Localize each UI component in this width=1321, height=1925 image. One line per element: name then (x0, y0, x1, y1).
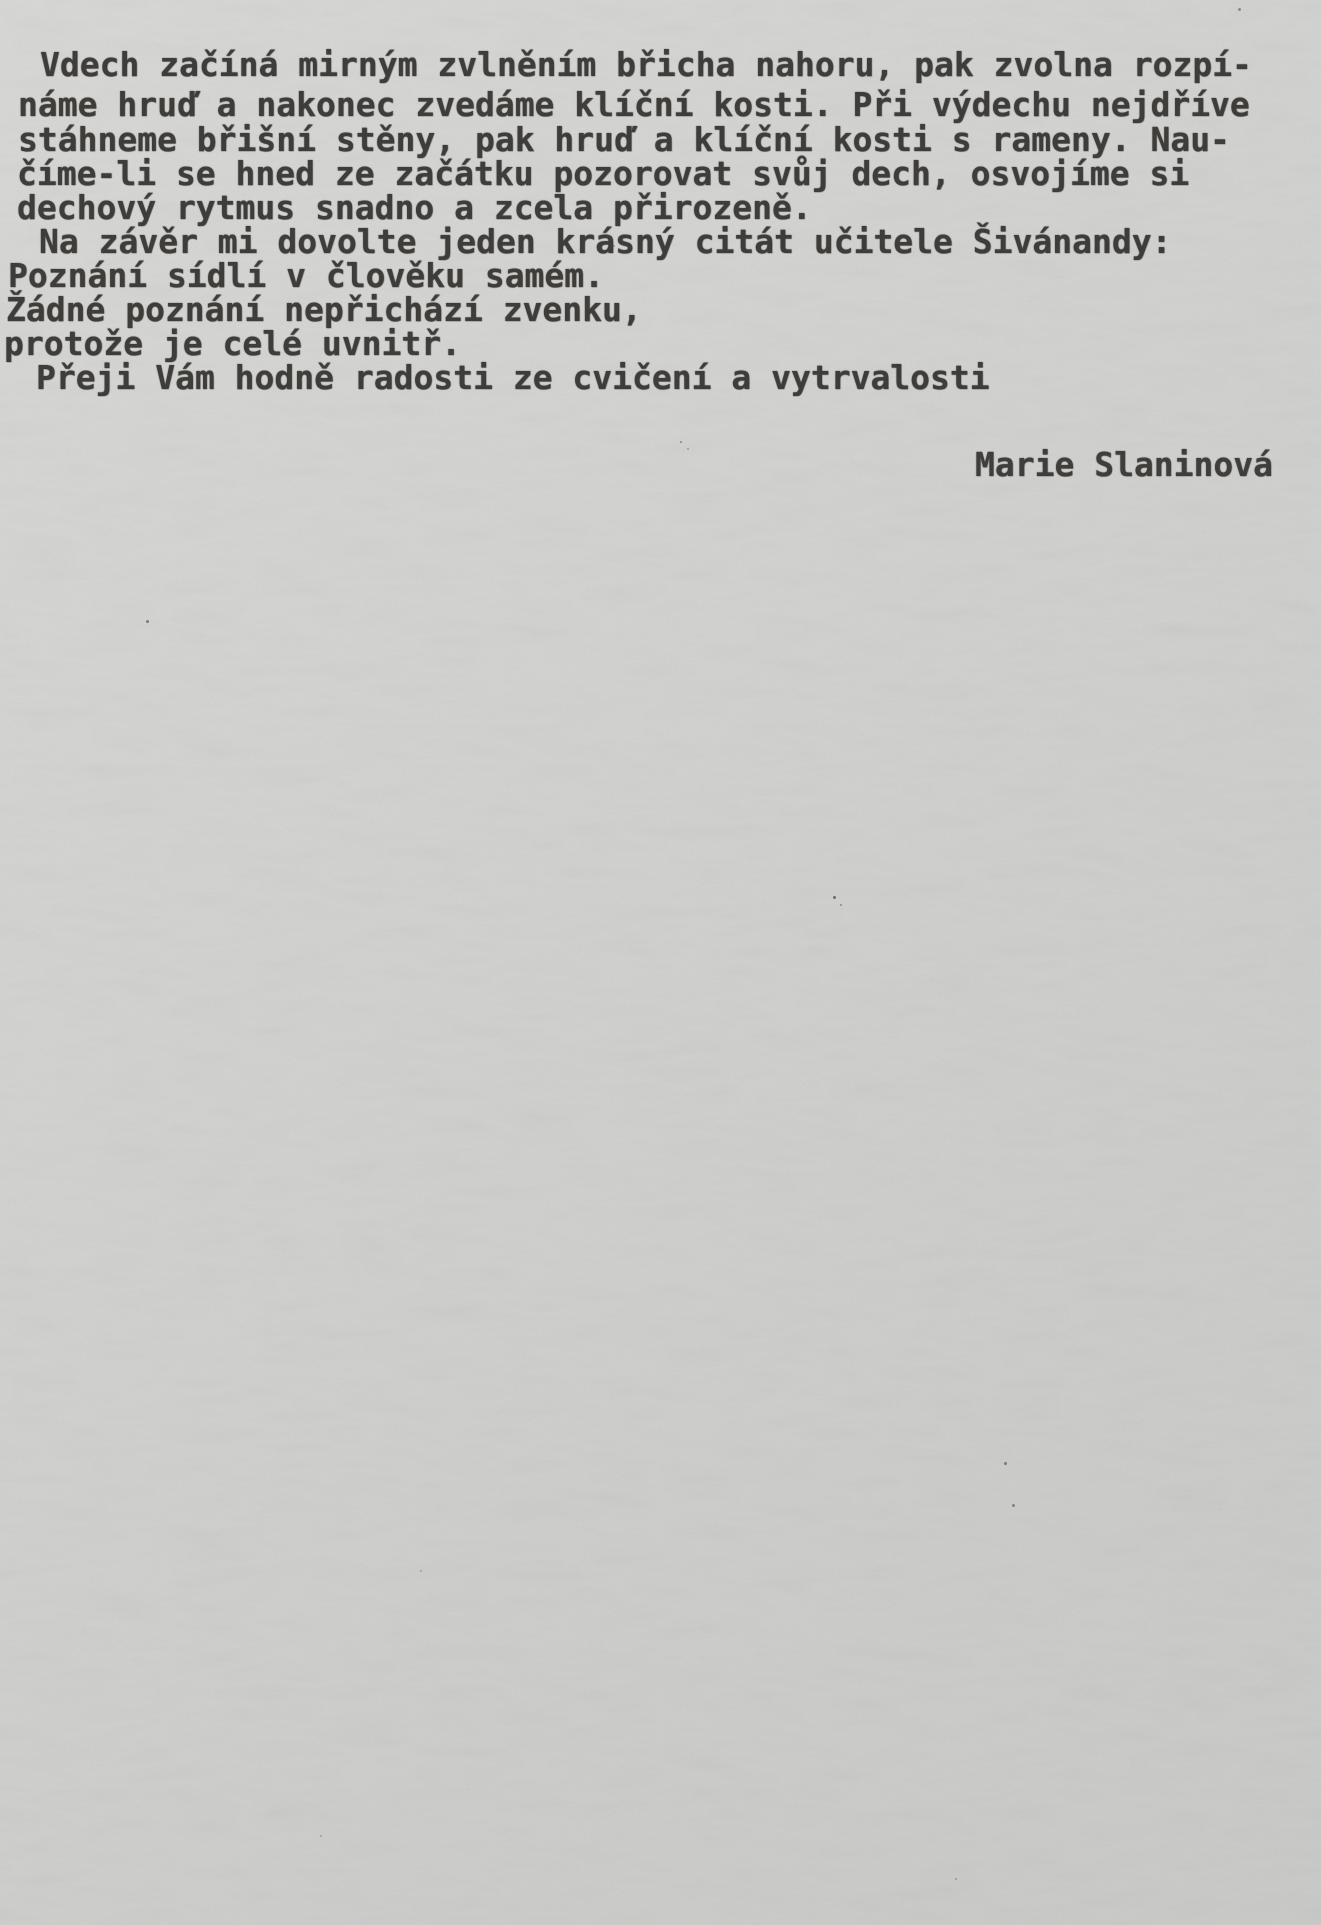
typewritten-line-8: Žádné poznání nepřichází zvenku, (6, 293, 642, 326)
typewritten-line-3: stáhneme břišní stěny, pak hruď a klíční… (18, 123, 1230, 156)
typewritten-line-5: dechový rytmus snadno a zcela přirozeně. (17, 191, 812, 224)
typewritten-line-7: Poznání sídlí v člověku samém. (8, 259, 604, 292)
signature-line: Marie Slaninová (975, 448, 1273, 481)
typewritten-line-4: číme-li se hned ze začátku pozorovat svů… (17, 157, 1189, 190)
typewritten-line-6: Na závěr mi dovolte jeden krásný citát u… (39, 225, 1171, 258)
typewritten-line-9: protože je celé uvnitř. (4, 327, 461, 360)
typewritten-text-block: Vdech začíná mirným zvlněním břicha naho… (0, 0, 1321, 1925)
typewritten-line-2: náme hruď a nakonec zvedáme klíční kosti… (18, 88, 1250, 121)
typewritten-line-10: Přeji Vám hodně radosti ze cvičení a vyt… (36, 361, 990, 394)
typewritten-line-1: Vdech začíná mirným zvlněním břicha naho… (40, 48, 1252, 81)
scanned-page: Vdech začíná mirným zvlněním břicha naho… (0, 0, 1321, 1925)
